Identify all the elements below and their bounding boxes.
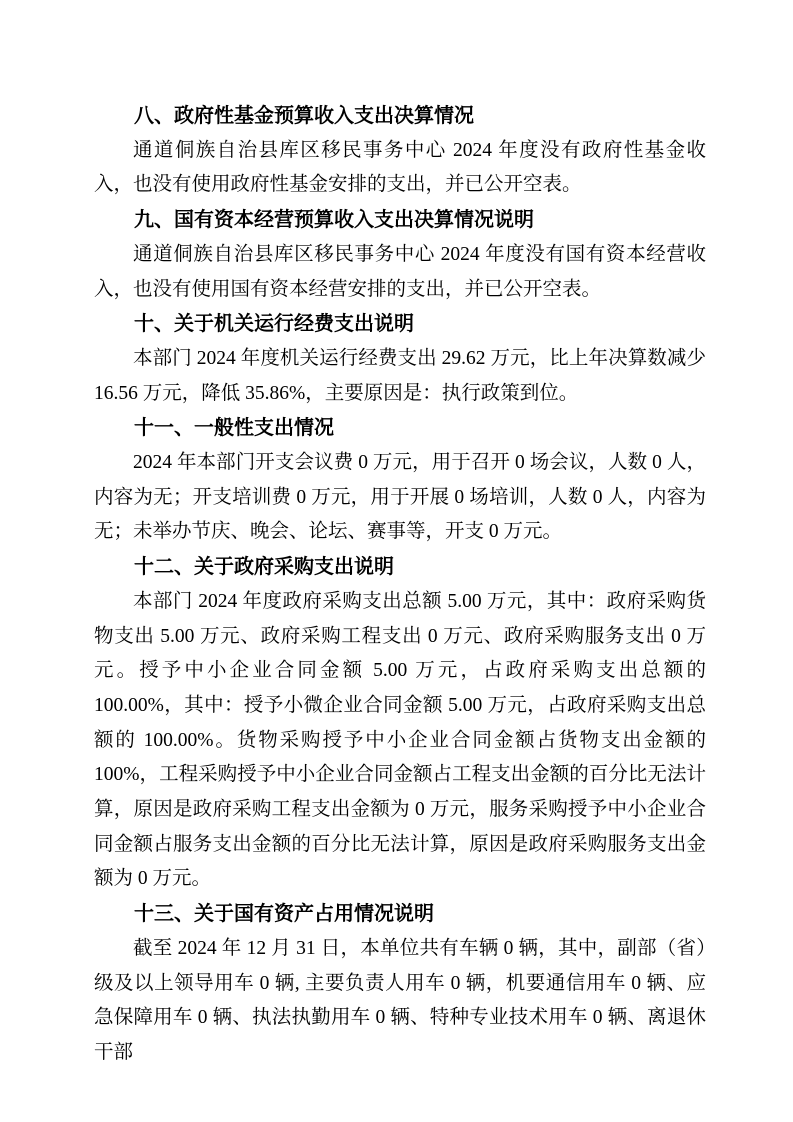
section-paragraph: 通道侗族自治县库区移民事务中心 2024 年度没有国有资本经营收入，也没有使用国… xyxy=(94,238,706,307)
section-general-expense: 十一、一般性支出情况 2024 年本部门开支会议费 0 万元，用于召开 0 场会… xyxy=(94,411,706,550)
section-agency-operating-expense: 十、关于机关运行经费支出说明 本部门 2024 年度机关运行经费支出 29.62… xyxy=(94,307,706,411)
section-heading: 十二、关于政府采购支出说明 xyxy=(94,550,706,585)
section-gov-fund-budget: 八、政府性基金预算收入支出决算情况 通道侗族自治县库区移民事务中心 2024 年… xyxy=(94,99,706,203)
section-heading: 十一、一般性支出情况 xyxy=(94,411,706,446)
section-state-asset-occupancy: 十三、关于国有资产占用情况说明 截至 2024 年 12 月 31 日，本单位共… xyxy=(94,897,706,1071)
section-paragraph: 本部门 2024 年度政府采购支出总额 5.00 万元，其中：政府采购货物支出 … xyxy=(94,585,706,897)
section-gov-procurement: 十二、关于政府采购支出说明 本部门 2024 年度政府采购支出总额 5.00 万… xyxy=(94,550,706,897)
section-paragraph: 截至 2024 年 12 月 31 日，本单位共有车辆 0 辆，其中，副部（省）… xyxy=(94,932,706,1071)
section-heading: 十、关于机关运行经费支出说明 xyxy=(94,307,706,342)
section-heading: 八、政府性基金预算收入支出决算情况 xyxy=(94,99,706,134)
section-state-capital-budget: 九、国有资本经营预算收入支出决算情况说明 通道侗族自治县库区移民事务中心 202… xyxy=(94,203,706,307)
section-heading: 九、国有资本经营预算收入支出决算情况说明 xyxy=(94,203,706,238)
section-paragraph: 2024 年本部门开支会议费 0 万元，用于召开 0 场会议，人数 0 人，内容… xyxy=(94,446,706,550)
section-paragraph: 本部门 2024 年度机关运行经费支出 29.62 万元，比上年决算数减少 16… xyxy=(94,342,706,411)
section-paragraph: 通道侗族自治县库区移民事务中心 2024 年度没有政府性基金收入，也没有使用政府… xyxy=(94,134,706,203)
document-page: 八、政府性基金预算收入支出决算情况 通道侗族自治县库区移民事务中心 2024 年… xyxy=(0,0,793,1122)
section-heading: 十三、关于国有资产占用情况说明 xyxy=(94,897,706,932)
